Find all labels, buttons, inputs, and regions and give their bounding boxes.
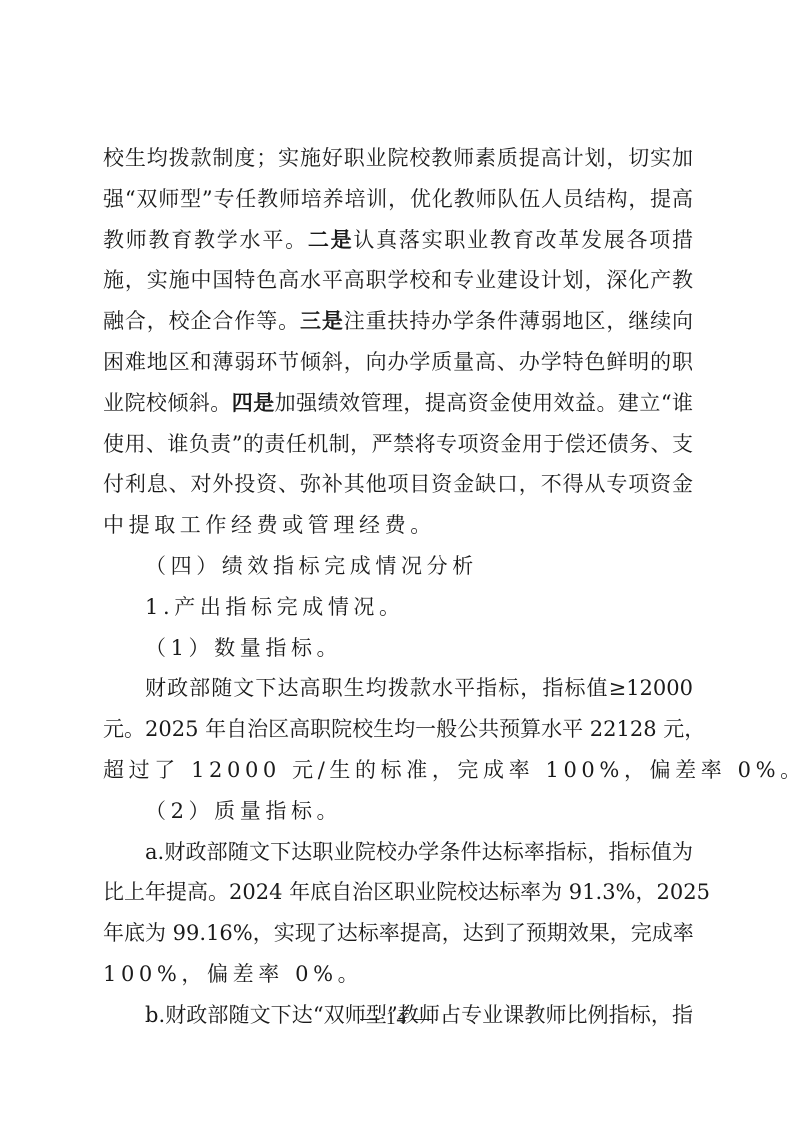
text-line: 校生均拨款制度；实施好职业院校教师素质提高计划，切实加 <box>103 138 693 179</box>
body-text: 强“双师型”专任教师培养培训，优化教师队伍人员结构，提高 <box>103 187 693 211</box>
text-line: 年底为 99.16%，实现了达标率提高，达到了预期效果，完成率 <box>103 913 693 954</box>
text-line: 超过了 12000 元/生的标准，完成率 100%，偏差率 0%。 <box>103 750 693 791</box>
text-line: 1.产出指标完成情况。 <box>103 587 693 628</box>
body-text: 业院校倾斜。 <box>103 391 232 415</box>
text-line: a.财政部随文下达职业院校办学条件达标率指标，指标值为 <box>103 832 693 873</box>
body-text: 付利息、对外投资、弥补其他项目资金缺口，不得从专项资金 <box>103 472 693 496</box>
text-line: （1）数量指标。 <box>103 628 693 669</box>
body-text: 校生均拨款制度；实施好职业院校教师素质提高计划，切实加 <box>103 146 693 170</box>
body-text: 比上年提高。2024 年底自治区职业院校达标率为 91.3%，2025 <box>103 880 710 904</box>
body-text: （2）质量指标。 <box>145 799 342 823</box>
emphasis-text: 二是 <box>308 227 354 252</box>
body-text: 中提取工作经费或管理经费。 <box>103 513 436 537</box>
body-text: 财政部随文下达高职生均拨款水平指标，指标值≥12000 <box>145 676 693 700</box>
text-line: 教师教育教学水平。二是认真落实职业教育改革发展各项措 <box>103 220 693 261</box>
text-line: （2）质量指标。 <box>103 791 693 832</box>
body-text: 100%，偏差率 0%。 <box>103 962 363 986</box>
emphasis-text: 三是 <box>300 308 344 333</box>
body-text: 认真落实职业教育改革发展各项措 <box>353 228 693 252</box>
body-text: 教师教育教学水平。 <box>103 228 308 252</box>
text-line: 付利息、对外投资、弥补其他项目资金缺口，不得从专项资金 <box>103 464 693 505</box>
text-line: 比上年提高。2024 年底自治区职业院校达标率为 91.3%，2025 <box>103 872 693 913</box>
text-line: 元。2025 年自治区高职院校生均一般公共预算水平 22128 元， <box>103 709 693 750</box>
body-text: （1）数量指标。 <box>145 636 342 660</box>
text-line: 施，实施中国特色高水平高职学校和专业建设计划，深化产教 <box>103 260 693 301</box>
text-line: 财政部随文下达高职生均拨款水平指标，指标值≥12000 <box>103 668 693 709</box>
body-text: a.财政部随文下达职业院校办学条件达标率指标，指标值为 <box>145 840 693 864</box>
body-text: 超过了 12000 元/生的标准，完成率 100%，偏差率 0%。 <box>103 758 793 782</box>
emphasis-text: 四是 <box>232 390 275 415</box>
body-text: 1.产出指标完成情况。 <box>145 595 405 619</box>
body-text: 使用、谁负责”的责任机制，严禁将专项资金用于偿还债务、支 <box>103 432 693 456</box>
body-text: 困难地区和薄弱环节倾斜，向办学质量高、办学特色鲜明的职 <box>103 350 693 374</box>
text-line: 中提取工作经费或管理经费。 <box>103 505 693 546</box>
text-line: 使用、谁负责”的责任机制，严禁将专项资金用于偿还债务、支 <box>103 424 693 465</box>
body-text: 加强绩效管理，提高资金使用效益。建立“谁 <box>275 391 693 415</box>
text-line: 困难地区和薄弱环节倾斜，向办学质量高、办学特色鲜明的职 <box>103 342 693 383</box>
body-text: 融合，校企合作等。 <box>103 309 300 333</box>
text-line: （四）绩效指标完成情况分析 <box>103 546 693 587</box>
body-text: 注重扶持办学条件薄弱地区，继续向 <box>344 309 693 333</box>
text-line: 融合，校企合作等。三是注重扶持办学条件薄弱地区，继续向 <box>103 301 693 342</box>
document-body: 校生均拨款制度；实施好职业院校教师素质提高计划，切实加强“双师型”专任教师培养培… <box>103 138 693 1036</box>
body-text: 施，实施中国特色高水平高职学校和专业建设计划，深化产教 <box>103 268 693 292</box>
body-text: 元。2025 年自治区高职院校生均一般公共预算水平 22128 元， <box>103 717 705 741</box>
page-number: — 14 — <box>0 1008 793 1030</box>
body-text: 年底为 99.16%，实现了达标率提高，达到了预期效果，完成率 <box>103 921 694 945</box>
text-line: 强“双师型”专任教师培养培训，优化教师队伍人员结构，提高 <box>103 179 693 220</box>
body-text: （四）绩效指标完成情况分析 <box>145 554 478 578</box>
text-line: 100%，偏差率 0%。 <box>103 954 693 995</box>
text-line: 业院校倾斜。四是加强绩效管理，提高资金使用效益。建立“谁 <box>103 383 693 424</box>
